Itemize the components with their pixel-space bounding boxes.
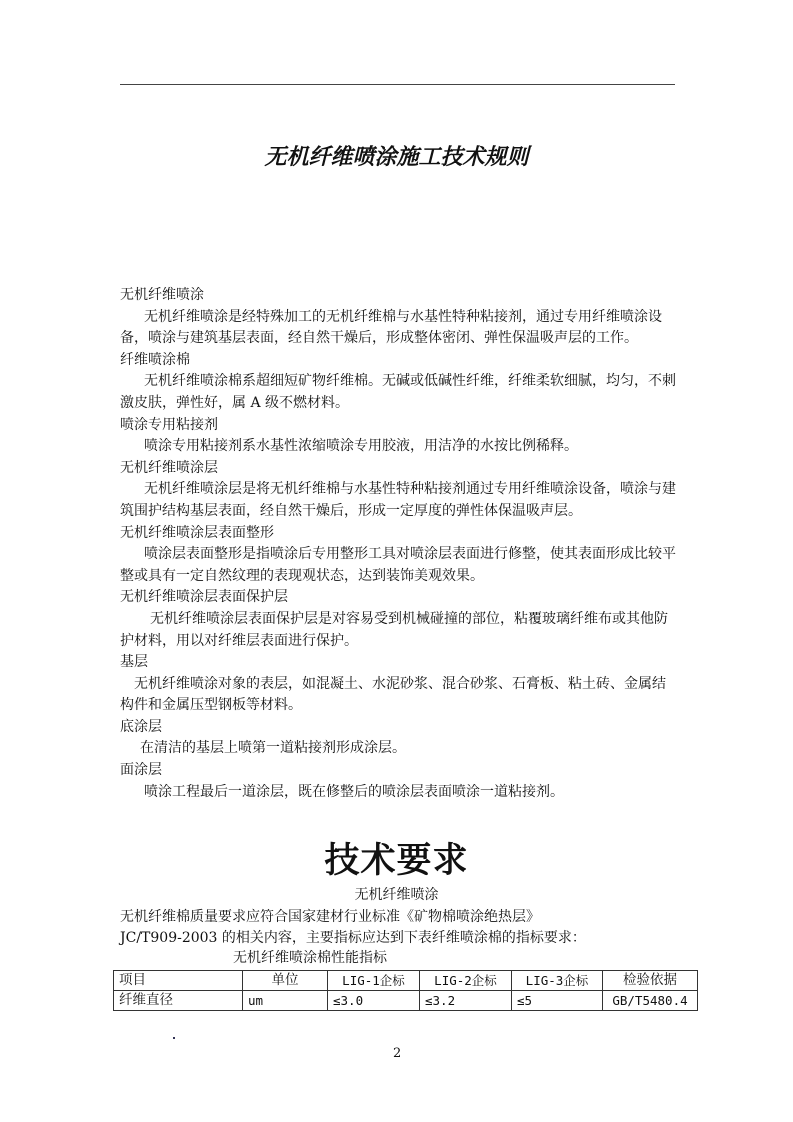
term-definition: 在清洁的基层上喷第一道粘接剂形成涂层。 <box>120 738 678 760</box>
term-definition: 无机纤维喷涂层是将无机纤维棉与水基性特种粘接剂通过专用纤维喷涂设备，喷涂与建筑围… <box>120 479 678 522</box>
table-caption: 无机纤维喷涂棉性能指标 <box>233 948 387 968</box>
table-header-cell: 项目 <box>114 971 243 991</box>
section-intro: 无机纤维棉质量要求应符合国家建材行业标准《矿物棉喷涂绝热层》 JC/T909-2… <box>120 907 680 949</box>
table-header-cell: LIG-3企标 <box>512 971 603 991</box>
header-rule <box>120 84 675 85</box>
footer-dot <box>173 1037 175 1039</box>
term-heading: 基层 <box>120 652 678 674</box>
table-cell: ≤5 <box>512 991 603 1011</box>
table-cell: ≤3.0 <box>328 991 420 1011</box>
table-header-row: 项目 单位 LIG-1企标 LIG-2企标 LIG-3企标 检验依据 <box>114 971 698 991</box>
term-heading: 无机纤维喷涂层表面整形 <box>120 523 678 545</box>
section-heading: 技术要求 <box>0 833 793 883</box>
table-row: 纤维直径 um ≤3.0 ≤3.2 ≤5 GB/T5480.4 <box>114 991 698 1011</box>
term-definition: 无机纤维喷涂是经特殊加工的无机纤维棉与水基性特种粘接剂，通过专用纤维喷涂设备，喷… <box>120 307 678 350</box>
table-cell: 纤维直径 <box>114 991 243 1011</box>
term-definition: 无机纤维喷涂层表面保护层是对容易受到机械碰撞的部位，粘覆玻璃纤维布或其他防护材料… <box>120 609 678 652</box>
section-subheading: 无机纤维喷涂 <box>0 885 793 905</box>
term-heading: 无机纤维喷涂层表面保护层 <box>120 587 678 609</box>
table-cell: GB/T5480.4 <box>603 991 698 1011</box>
table-cell: ≤3.2 <box>420 991 512 1011</box>
term-definition: 喷涂工程最后一道涂层，既在修整后的喷涂层表面喷涂一道粘接剂。 <box>120 782 678 804</box>
term-definition: 无机纤维喷涂对象的表层，如混凝土、水泥砂浆、混合砂浆、石膏板、粘土砖、金属结构件… <box>120 674 678 717</box>
intro-line: JC/T909-2003 的相关内容，主要指标应达到下表纤维喷涂棉的指标要求： <box>120 928 680 949</box>
term-heading: 喷涂专用粘接剂 <box>120 415 678 437</box>
term-heading: 面涂层 <box>120 760 678 782</box>
term-heading: 无机纤维喷涂 <box>120 285 678 307</box>
table-header-cell: LIG-2企标 <box>420 971 512 991</box>
intro-line: 无机纤维棉质量要求应符合国家建材行业标准《矿物棉喷涂绝热层》 <box>120 907 680 928</box>
definitions-body: 无机纤维喷涂 无机纤维喷涂是经特殊加工的无机纤维棉与水基性特种粘接剂，通过专用纤… <box>120 285 678 803</box>
term-heading: 底涂层 <box>120 717 678 739</box>
term-definition: 喷涂层表面整形是指喷涂后专用整形工具对喷涂层表面进行修整，使其表面形成比较平整或… <box>120 544 678 587</box>
table-header-cell: 单位 <box>243 971 328 991</box>
term-heading: 纤维喷涂棉 <box>120 350 678 372</box>
term-definition: 无机纤维喷涂棉系超细短矿物纤维棉。无碱或低碱性纤维，纤维柔软细腻，均匀，不刺激皮… <box>120 371 678 414</box>
table-header-cell: LIG-1企标 <box>328 971 420 991</box>
term-definition: 喷涂专用粘接剂系水基性浓缩喷涂专用胶液，用洁净的水按比例稀释。 <box>120 436 678 458</box>
page-number: 2 <box>393 1046 401 1061</box>
document-title: 无机纤维喷涂施工技术规则 <box>0 140 793 171</box>
spec-table: 项目 单位 LIG-1企标 LIG-2企标 LIG-3企标 检验依据 纤维直径 … <box>113 970 698 1011</box>
term-heading: 无机纤维喷涂层 <box>120 458 678 480</box>
table-cell: um <box>243 991 328 1011</box>
table-header-cell: 检验依据 <box>603 971 698 991</box>
